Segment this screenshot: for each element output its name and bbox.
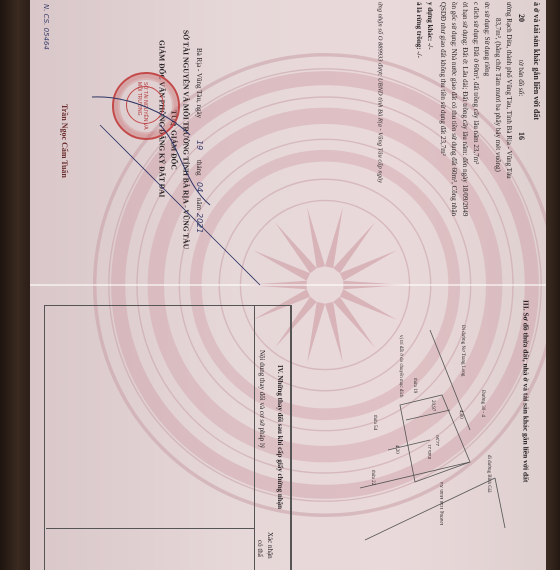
certificate-page: à ở và tài sản khác gắn liền với đất 20 … [30, 0, 546, 570]
section-iv-col2-header-cont: có thẩ [256, 540, 263, 557]
dimension-side-2: 22,90 [436, 435, 441, 446]
road-label-binh-gia: đi đường Bình Giã [486, 455, 491, 492]
wood-table-right [546, 0, 560, 570]
dimension-bottom: 4,20 [394, 445, 399, 454]
parcel-22-label: thửa 22 [370, 470, 375, 485]
road-label-tran-dinh-xu: Đường Trần Đình Xu [440, 482, 445, 525]
dimension-side-1: 20,97 [430, 400, 435, 411]
parcel-54-label: thửa 54 [372, 415, 377, 430]
land-purpose-note: vị trí đất ở do chuyển mục đích [398, 335, 403, 398]
road-label-no-trang-long: Đi đường Nơ Trang Long [460, 325, 465, 376]
section-iv-col1-header: Nội dung thay đổi và cơ sở pháp lý [258, 350, 265, 448]
wood-table-left [0, 0, 30, 570]
dimension-top: 4,00 [458, 410, 463, 419]
parcel-19-label: thửa 19 [412, 378, 417, 393]
road-label-30-4: Đường 30 - 4 [480, 390, 485, 417]
section-iv-title: IV. Những thay đổi sau khi cấp giấy chứn… [276, 365, 283, 509]
parcel-21-label: thửa 21 [428, 444, 433, 459]
section-iv-col2-header: Xác nhận [266, 532, 273, 559]
